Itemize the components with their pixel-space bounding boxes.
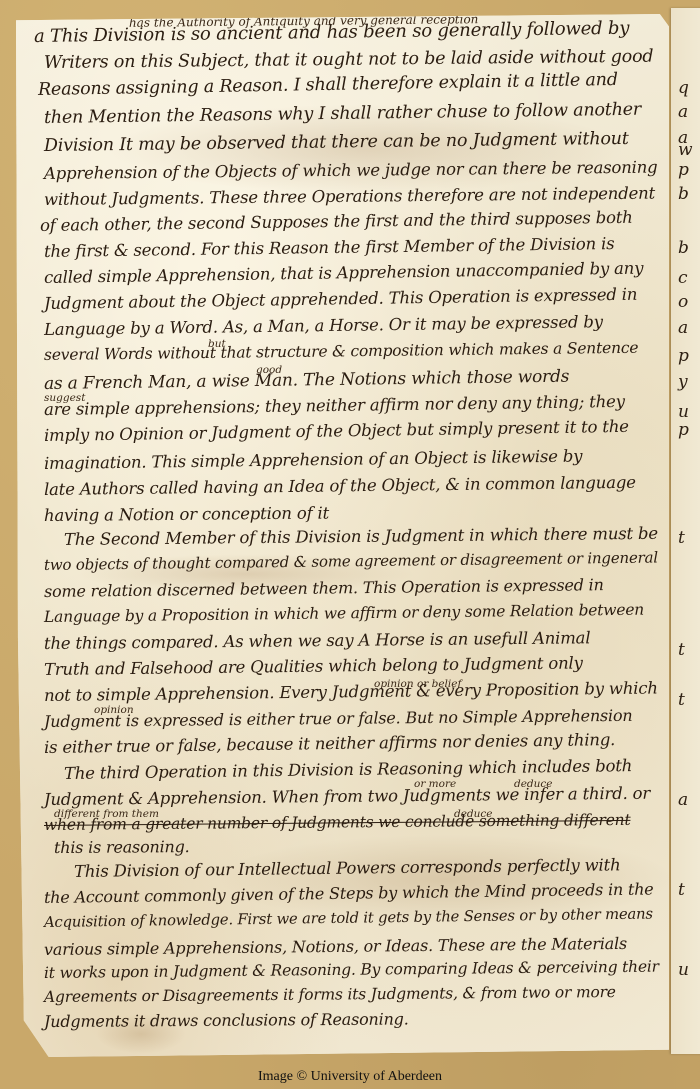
copyright-caption: Image © University of Aberdeen [0, 1069, 700, 1085]
manuscript-line: Language by a Proposition in which we af… [44, 601, 644, 626]
manuscript-line: Writers on this Subject, that it ought n… [44, 47, 654, 73]
manuscript-line: Language by a Word. As, a Man, a Horse. … [44, 312, 603, 339]
manuscript-line: imagination. This simple Apprehension of… [44, 446, 583, 473]
manuscript-line: two objects of thought compared & some a… [44, 549, 658, 574]
manuscript-line: Acquisition of knowledge. First we are t… [44, 906, 653, 931]
manuscript-line: late Authors called having an Idea of th… [44, 473, 636, 499]
manuscript-line: Judgment & Apprehension. When from two J… [44, 784, 650, 809]
manuscript-sheet: has the Authority of Antiquity and very … [16, 14, 669, 1057]
manuscript-line: the things compared. As when we say A Ho… [44, 628, 591, 653]
manuscript-line: it works upon in Judgment & Reasoning. B… [44, 958, 659, 982]
adjacent-sheet-fragment: p [678, 346, 689, 366]
manuscript-line: Judgment about the Object apprehended. T… [44, 285, 638, 313]
manuscript-line: Agreements or Disagreements it forms its… [44, 983, 616, 1006]
manuscript-line: Judgments it draws conclusions of Reason… [44, 1009, 409, 1031]
adjacent-sheet-fragment: w [678, 140, 693, 160]
adjacent-sheet-fragment: p [678, 420, 689, 440]
adjacent-sheet-fragment: p [678, 160, 689, 180]
manuscript-line: the first & second. For this Reason the … [44, 234, 615, 261]
adjacent-sheet-fragment: t [678, 640, 685, 660]
manuscript-line: Reasons assigning a Reason. I shall ther… [38, 70, 618, 100]
manuscript-line: of each other, the second Supposes the f… [40, 208, 633, 235]
manuscript-line: various simple Apprehensions, Notions, o… [44, 934, 627, 959]
manuscript-line: this is reasoning. [54, 837, 190, 857]
manuscript-line: a This Division is so ancient and has be… [34, 18, 630, 47]
manuscript-line-struck: when from a greater number of Judgments … [44, 811, 631, 834]
adjacent-sheet-fragment: q [678, 78, 689, 98]
manuscript-line: imply no Opinion or Judgment of the Obje… [44, 417, 629, 445]
manuscript-line: having a Notion or conception of it [44, 504, 329, 525]
adjacent-sheet-fragment: b [678, 184, 689, 204]
manuscript-line: as a French Man, a wise Man. The Notions… [44, 367, 570, 394]
adjacent-sheet-fragment: a [678, 318, 688, 338]
adjacent-sheet-fragment: b [678, 238, 689, 258]
adjacent-sheet-fragment: t [678, 880, 685, 900]
manuscript-line: Truth and Falsehood are Qualities which … [44, 653, 583, 679]
adjacent-sheet-fragment: y [678, 372, 688, 392]
adjacent-sheet-fragment: t [678, 528, 685, 548]
manuscript-line: several Words without that structure & c… [44, 339, 638, 364]
adjacent-sheet-fragment: o [678, 292, 688, 312]
adjacent-sheet-fragment: c [678, 268, 688, 288]
manuscript-line: called simple Apprehension, that is Appr… [44, 259, 644, 287]
adjacent-sheet-fragment: a [678, 790, 688, 810]
adjacent-sheet-fragment: u [678, 960, 689, 980]
adjacent-sheet-fragment: u [678, 402, 689, 422]
manuscript-line: is either true or false, because it neit… [44, 730, 615, 757]
manuscript-line: not to simple Apprehension. Every Judgme… [44, 679, 658, 705]
adjacent-sheet-fragment: t [678, 690, 685, 710]
manuscript-line: without Judgments. These three Operation… [44, 184, 655, 209]
manuscript-line: The Second Member of this Division is Ju… [64, 524, 658, 549]
manuscript-line: are simple apprehensions; they neither a… [44, 392, 625, 419]
adjacent-sheet-fragment: a [678, 102, 688, 122]
